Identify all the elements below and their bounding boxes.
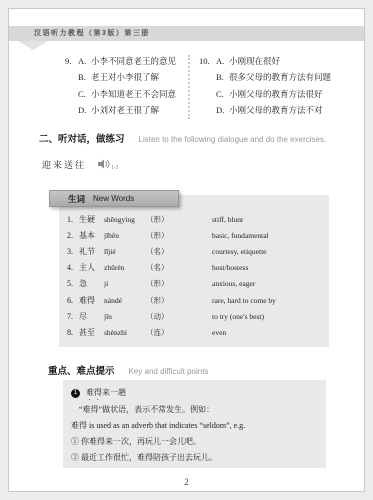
column-divider — [188, 55, 190, 119]
option-text: 很多父母的教育方法有问题 — [229, 71, 331, 83]
vocab-pinyin: jí — [104, 279, 146, 288]
vocab-meaning: stiff, blunt — [212, 215, 243, 224]
vocab-row: 1. 生硬 shēngyìng （形） stiff, blunt — [67, 211, 323, 227]
option-letter: A. — [216, 56, 229, 66]
option-row: D. 小刚父母的教育方法不对 — [199, 102, 331, 118]
note-number-badge: 1 — [71, 389, 80, 398]
vocab-number: 6. — [67, 296, 79, 305]
vocab-number: 3. — [67, 247, 79, 256]
option-row: C. 小刚父母的教育方法很好 — [199, 86, 331, 102]
question-number: 9. — [65, 56, 78, 66]
vocab-row: 8. 甚至 shènzhì （连） even — [67, 324, 323, 340]
vocab-number: 4. — [67, 263, 79, 272]
note-explanation-chinese: “难得”做状语，表示不常发生。例如： — [79, 402, 318, 418]
option-row: D. 小刘对老王很了解 — [65, 102, 176, 118]
vocab-meaning: to try (one's best) — [212, 312, 264, 321]
section-title-english: Listen to the following dialogue and do … — [139, 135, 327, 144]
option-letter: C. — [78, 89, 91, 99]
dialogue-title-row: 迎来送往 1-2 — [42, 158, 118, 171]
option-letter: D. — [216, 105, 229, 115]
vocab-hanzi: 生硬 — [79, 214, 104, 225]
vocab-row: 4. 主人 zhǔrén （名） host/hostess — [67, 260, 323, 276]
option-row: B. 很多父母的教育方法有问题 — [199, 69, 331, 85]
option-letter: B. — [78, 72, 91, 82]
vocab-hanzi: 急 — [79, 278, 104, 289]
option-row: 9. A. 小李不同意老王的意见 — [65, 53, 176, 69]
key-points-heading: 重点、难点提示 Key and difficult points — [48, 361, 208, 379]
vocab-row: 7. 尽 jǐn （动） to try (one's best) — [67, 308, 323, 324]
vocab-meaning: even — [212, 328, 226, 337]
vocab-number: 8. — [67, 328, 79, 337]
new-words-label-chinese: 生词 — [68, 193, 85, 205]
vocab-pos: （动） — [146, 311, 212, 322]
vocab-pinyin: shènzhì — [104, 328, 146, 337]
vocab-hanzi: 礼节 — [79, 246, 104, 257]
note-explanation-english: 难得 is used as an adverb that indicates “… — [71, 418, 318, 434]
option-row: 10. A. 小刚现在很好 — [199, 53, 331, 69]
vocab-pos: （形） — [146, 278, 212, 289]
vocab-pos: （形） — [146, 214, 212, 225]
vocab-pinyin: nándé — [104, 296, 146, 305]
option-row: C. 小李知道老王不会同意 — [65, 86, 176, 102]
audio-track: 1-2 — [98, 159, 118, 171]
vocab-hanzi: 甚至 — [79, 327, 104, 338]
option-letter: D. — [78, 105, 91, 115]
vocab-pos: （名） — [146, 246, 212, 257]
page-number: 2 — [9, 477, 364, 487]
vocab-pinyin: jǐn — [104, 312, 146, 321]
vocab-pos: （形） — [146, 230, 212, 241]
vocab-pos: （连） — [146, 327, 212, 338]
vocab-meaning: anxious, eager — [212, 279, 255, 288]
vocab-meaning: courtesy, etiquette — [212, 247, 267, 256]
vocabulary-list: 1. 生硬 shēngyìng （形） stiff, blunt 2. 基本 j… — [67, 211, 323, 341]
vocab-meaning: rare, hard to come by — [212, 296, 276, 305]
section-title-chinese: 二、听对话，做练习 — [39, 135, 125, 145]
option-text: 小刘对老王很了解 — [91, 104, 159, 116]
vocab-row: 6. 难得 nándé （形） rare, hard to come by — [67, 292, 323, 308]
option-letter: C. — [216, 89, 229, 99]
dialogue-title: 迎来送往 — [42, 158, 86, 171]
question-number: 10. — [199, 56, 216, 66]
header-band: 汉语听力教程（第3版）第三册 — [9, 26, 364, 41]
vocab-row: 2. 基本 jīběn （形） basic, fundamental — [67, 227, 323, 243]
vocab-hanzi: 基本 — [79, 230, 104, 241]
vocab-hanzi: 主人 — [79, 262, 104, 273]
key-points-title-english: Key and difficult points — [129, 367, 209, 376]
question-9-options: 9. A. 小李不同意老王的意见 B. 老王对小李很了解 C. 小李知道老王不会… — [65, 53, 176, 118]
question-10-options: 10. A. 小刚现在很好 B. 很多父母的教育方法有问题 C. 小刚父母的教育… — [199, 53, 331, 118]
vocab-row: 5. 急 jí （形） anxious, eager — [67, 276, 323, 292]
option-row: B. 老王对小李很了解 — [65, 69, 176, 85]
section-heading: 二、听对话，做练习 Listen to the following dialog… — [39, 129, 326, 147]
vocab-number: 7. — [67, 312, 79, 321]
option-text: 小刚现在很好 — [229, 55, 280, 67]
book-title: 汉语听力教程（第3版）第三册 — [34, 26, 150, 41]
option-text: 小李知道老王不会同意 — [91, 88, 176, 100]
option-letter: A. — [78, 56, 91, 66]
option-text: 小李不同意老王的意见 — [91, 55, 176, 67]
note-title-row: 1 难得来一趟 — [71, 385, 318, 402]
speaker-icon — [98, 159, 110, 169]
option-letter: B. — [216, 72, 229, 82]
ribbon-fold-icon — [18, 41, 48, 50]
vocab-number: 2. — [67, 231, 79, 240]
vocab-row: 3. 礼节 lǐjié （名） courtesy, etiquette — [67, 243, 323, 259]
vocab-meaning: host/hostess — [212, 263, 248, 272]
key-points-title-chinese: 重点、难点提示 — [48, 367, 115, 377]
note-example: ① 你难得来一次，再玩儿一会儿吧。 — [71, 434, 318, 450]
option-text: 老王对小李很了解 — [91, 71, 159, 83]
vocab-pinyin: lǐjié — [104, 247, 146, 256]
vocab-pos: （形） — [146, 295, 212, 306]
note-title-rest: 来一趟 — [102, 388, 126, 397]
new-words-label-english: New Words — [93, 194, 134, 203]
vocab-hanzi: 难得 — [79, 295, 104, 306]
note-example: ② 最近工作很忙，难得陪孩子出去玩儿。 — [71, 450, 318, 466]
vocab-meaning: basic, fundamental — [212, 231, 269, 240]
option-text: 小刚父母的教育方法不对 — [229, 104, 323, 116]
vocab-pos: （名） — [146, 262, 212, 273]
vocab-pinyin: jīběn — [104, 231, 146, 240]
vocab-pinyin: zhǔrén — [104, 263, 146, 272]
vocab-pinyin: shēngyìng — [104, 215, 146, 224]
textbook-page: 汉语听力教程（第3版）第三册 9. A. 小李不同意老王的意见 B. 老王对小李… — [8, 8, 365, 492]
new-words-label: 生词 New Words — [49, 190, 179, 207]
audio-track-label: 1-2 — [111, 165, 118, 171]
vocab-number: 5. — [67, 279, 79, 288]
key-points-box: 1 难得来一趟 “难得”做状语，表示不常发生。例如： 难得 is used as… — [63, 380, 326, 468]
option-text: 小刚父母的教育方法很好 — [229, 88, 323, 100]
note-title-emphasized: 难得 — [86, 388, 102, 397]
vocab-hanzi: 尽 — [79, 311, 104, 322]
vocab-number: 1. — [67, 215, 79, 224]
